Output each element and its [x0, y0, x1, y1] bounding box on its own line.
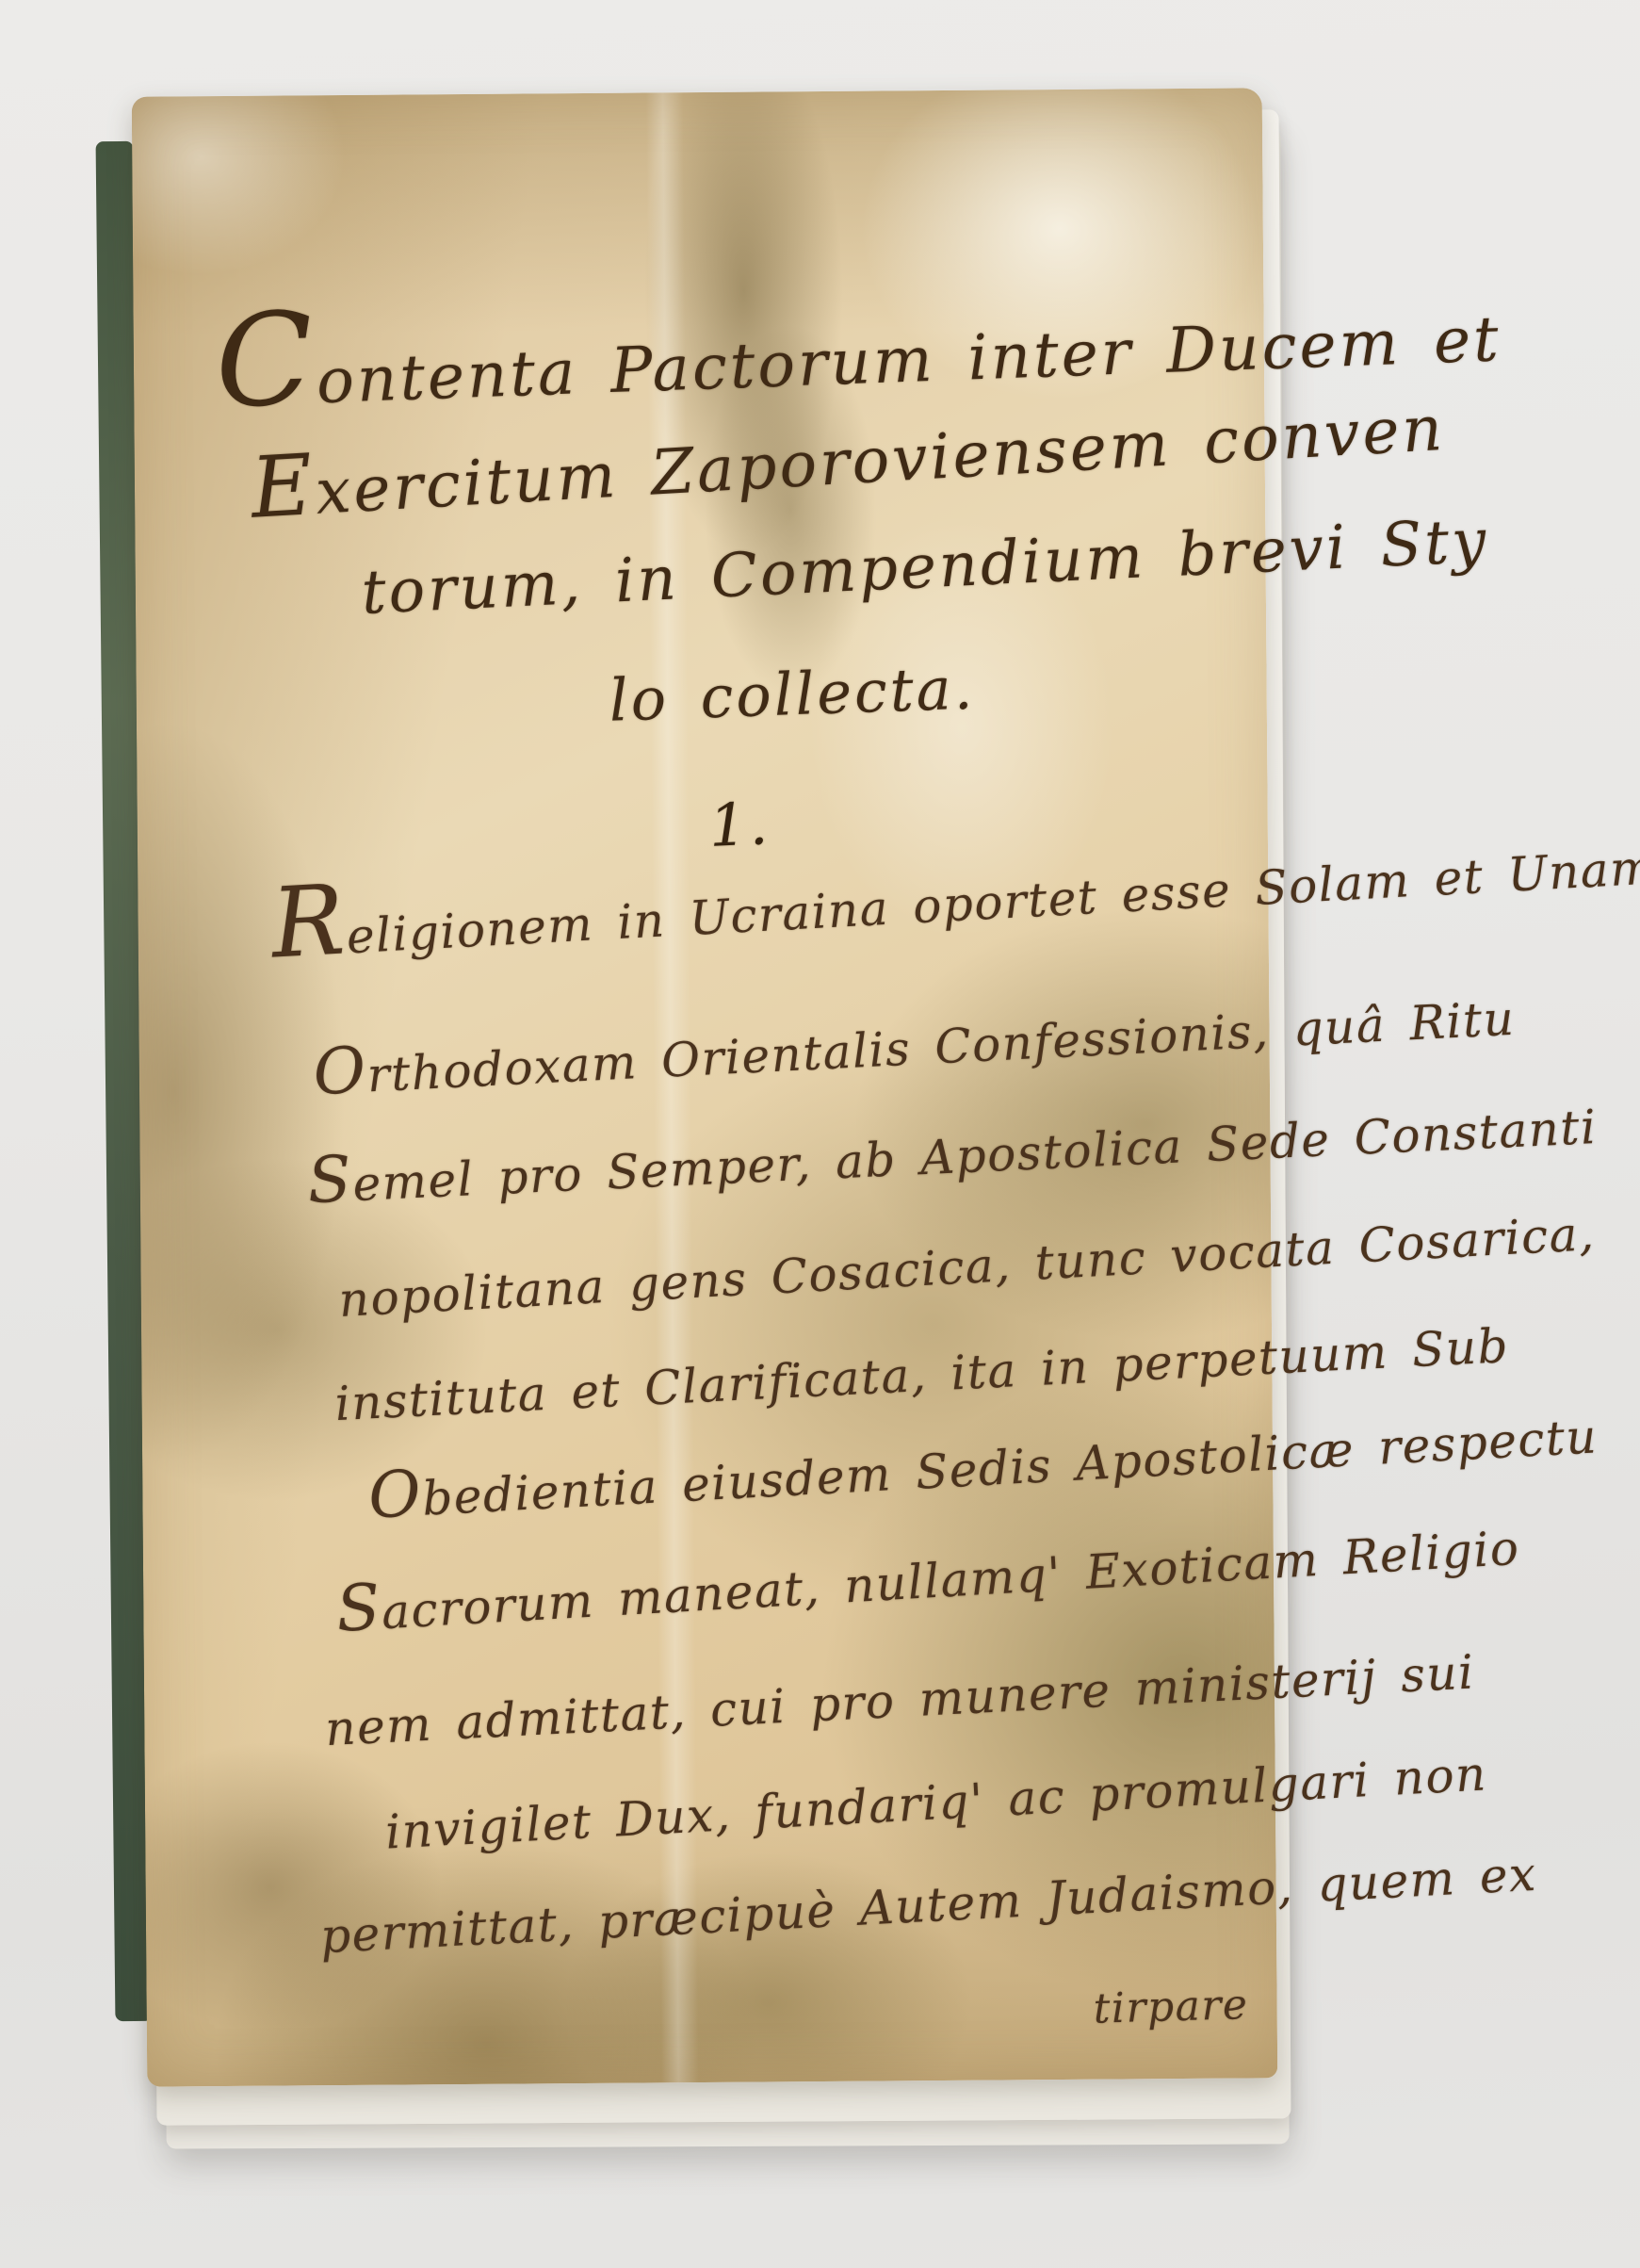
body-line-1: Religionem in Ucraina oportet esse Solam… — [269, 815, 1640, 968]
section-number: 1. — [707, 789, 771, 860]
body-line-6: Obedientia eiusdem Sedis Apostolicæ resp… — [367, 1405, 1599, 1528]
title-line-4: lo collecta. — [609, 654, 977, 735]
manuscript-page: Contenta Pactorum inter Ducem et Exercit… — [132, 88, 1278, 2086]
body-line-7: Sacrorum maneat, nullamq' Exoticam Relig… — [335, 1517, 1521, 1642]
title-line-3: torum, in Compendium brevi Sty — [360, 507, 1490, 628]
photograph: Contenta Pactorum inter Ducem et Exercit… — [0, 0, 1640, 2268]
body-line-10: permittat, præcipuè Autem Judaismo, quem… — [319, 1847, 1538, 1964]
body-line-3: Semel pro Semper, ab Apostolica Sede Con… — [306, 1096, 1598, 1214]
body-line-8: nem admittat, cui pro munere ministerij … — [324, 1644, 1476, 1756]
body-line-9: invigilet Dux, fundariq' ac promulgari n… — [384, 1746, 1488, 1859]
catchword: tirpare — [1093, 1981, 1249, 2033]
body-line-4: nopolitana gens Cosacica, tunc vocata Co… — [337, 1206, 1596, 1328]
body-line-2: Orthodoxam Orientalis Confessionis, quâ … — [312, 987, 1516, 1105]
body-line-5: instituta et Clarificata, ita in perpetu… — [333, 1318, 1510, 1431]
